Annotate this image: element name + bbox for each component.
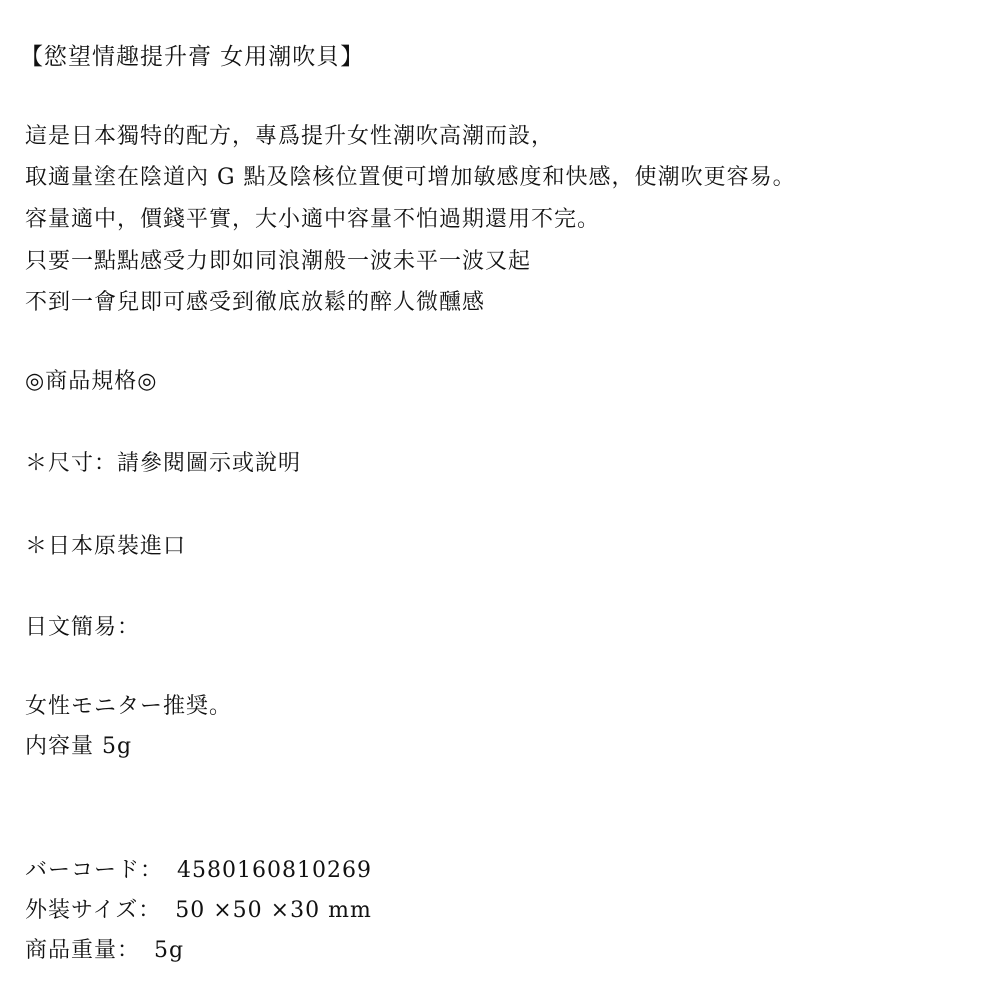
barcode-label: バーコード：: [25, 856, 163, 886]
barcode-value: 4580160810269: [177, 856, 372, 886]
barcode-line: バーコード：4580160810269: [25, 856, 372, 886]
description-line-2: 取適量塗在陰道內 G 點及陰核位置便可增加敏感度和快感，使潮吹更容易。: [25, 163, 796, 193]
product-weight-line: 商品重量：5g: [25, 936, 184, 966]
description-line-1: 這是日本獨特的配方，專爲提升女性潮吹高潮而設，: [25, 122, 554, 152]
japanese-monitor-line: 女性モニター推奨。: [25, 692, 232, 722]
spec-section-header: ◎商品規格◎: [25, 367, 157, 397]
product-description-page: 【慾望情趣提升膏 女用潮吹貝】 這是日本獨特的配方，專爲提升女性潮吹高潮而設， …: [0, 0, 1000, 1000]
spec-origin-line: ＊日本原裝進口: [25, 532, 186, 562]
description-line-5: 不到一會兒即可感受到徹底放鬆的醉人微醺感: [25, 288, 485, 318]
product-title: 【慾望情趣提升膏 女用潮吹貝】: [20, 42, 364, 72]
package-size-line: 外装サイズ：50 ×50 ×30 mm: [25, 896, 372, 926]
product-weight-label: 商品重量：: [25, 936, 140, 966]
product-weight-value: 5g: [154, 936, 184, 966]
package-size-value: 50 ×50 ×30 mm: [175, 896, 372, 926]
package-size-label: 外装サイズ：: [25, 896, 161, 926]
description-line-3: 容量適中，價錢平實，大小適中容量不怕過期還用不完。: [25, 205, 600, 235]
spec-size-line: ＊尺寸：請參閱圖示或說明: [25, 449, 301, 479]
description-line-4: 只要一點點感受力即如同浪潮般一波未平一波又起: [25, 247, 531, 277]
japanese-content-volume-line: 内容量 5g: [25, 732, 132, 762]
japanese-section-label: 日文簡易：: [25, 613, 140, 643]
